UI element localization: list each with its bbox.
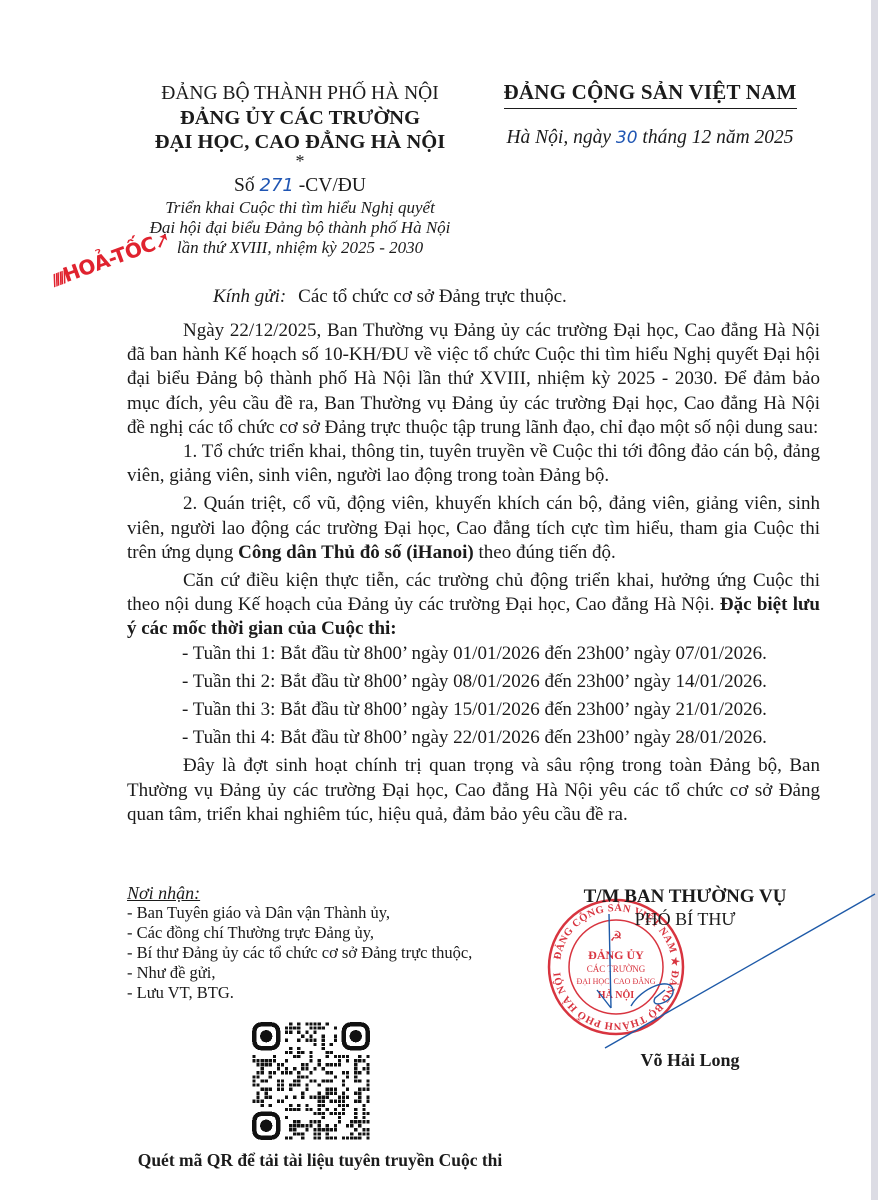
recipients-block: Nơi nhận: - Ban Tuyên giáo và Dân vận Th… [127,883,507,1003]
date-prefix: Hà Nội, ngày [506,127,615,148]
organization-line-1: ĐẢNG ỦY CÁC TRƯỜNG [130,106,470,130]
basis-text: Căn cứ điều kiện thực tiễn, các trường c… [127,570,820,615]
excerpt-line: Đại hội đại biểu Đảng bộ thành phố Hà Nộ… [130,218,470,238]
recipient-item: - Ban Tuyên giáo và Dân vận Thành ủy, [127,903,507,923]
app-name: Công dân Thủ đô số (iHanoi) [238,542,474,563]
salutation-recipient: Các tổ chức cơ sở Đảng trực thuộc. [298,286,567,307]
item-2-tail: theo đúng tiến độ. [474,542,616,563]
date-suffix: tháng 12 năm 2025 [638,127,794,148]
week-2-schedule: - Tuần thi 2: Bắt đầu từ 8h00’ ngày 08/0… [127,670,820,694]
number-prefix: Số [234,175,259,196]
item-2: 2. Quán triệt, cổ vũ, động viên, khuyến … [127,492,820,565]
salutation-label: Kính gửi: [213,286,286,307]
recipients-title: Nơi nhận: [127,883,507,903]
parent-organization: ĐẢNG BỘ THÀNH PHỐ HÀ NỘI [130,82,470,106]
national-header-block: ĐẢNG CỘNG SẢN VIỆT NAM Hà Nội, ngày 30 t… [480,80,820,149]
recipient-item: - Các đồng chí Thường trực Đảng ủy, [127,923,507,943]
excerpt-line: Triển khai Cuộc thi tìm hiểu Nghị quyết [130,198,470,218]
qr-caption: Quét mã QR để tải tài liệu tuyên truyền … [130,1150,510,1171]
handwritten-signature-icon [545,878,878,1058]
excerpt-line: lần thứ XVIII, nhiệm kỳ 2025 - 2030 [130,238,470,258]
urgent-stamp-text: HOẢ-TỐC [60,232,159,288]
salutation: Kính gửi:Các tổ chức cơ sở Đảng trực thu… [213,286,567,308]
number-suffix: -CV/ĐU [294,175,366,196]
week-4-schedule: - Tuần thi 4: Bắt đầu từ 8h00’ ngày 22/0… [127,726,820,750]
party-name: ĐẢNG CỘNG SẢN VIỆT NAM [504,80,797,109]
document-number: Số 271 -CV/ĐU [130,174,470,198]
closing-paragraph: Đây là đợt sinh hoạt chính trị quan trọn… [127,754,820,827]
urgent-stamp: ⫽⫽⫽HOẢ-TỐC➚ [48,226,174,291]
basis-paragraph: Căn cứ điều kiện thực tiễn, các trường c… [127,569,820,642]
issue-date: Hà Nội, ngày 30 tháng 12 năm 2025 [480,127,820,149]
recipient-item: - Lưu VT, BTG. [127,983,507,1003]
handwritten-day: 30 [616,128,638,148]
qr-code-icon[interactable] [247,1022,375,1140]
issuing-authority-block: ĐẢNG BỘ THÀNH PHỐ HÀ NỘI ĐẢNG ỦY CÁC TRƯ… [130,82,470,258]
signer-name: Võ Hải Long [620,1050,760,1071]
intro-paragraph: Ngày 22/12/2025, Ban Thường vụ Đảng ủy c… [127,319,820,440]
recipient-item: - Bí thư Đảng ủy các tổ chức cơ sở Đảng … [127,943,507,963]
separator-star: * [130,154,470,168]
handwritten-number: 271 [260,175,294,196]
recipient-item: - Như đề gửi, [127,963,507,983]
week-3-schedule: - Tuần thi 3: Bắt đầu từ 8h00’ ngày 15/0… [127,698,820,722]
letter-body: Ngày 22/12/2025, Ban Thường vụ Đảng ủy c… [127,319,820,827]
week-1-schedule: - Tuần thi 1: Bắt đầu từ 8h00’ ngày 01/0… [127,642,820,666]
item-1: 1. Tổ chức triển khai, thông tin, tuyên … [127,440,820,488]
